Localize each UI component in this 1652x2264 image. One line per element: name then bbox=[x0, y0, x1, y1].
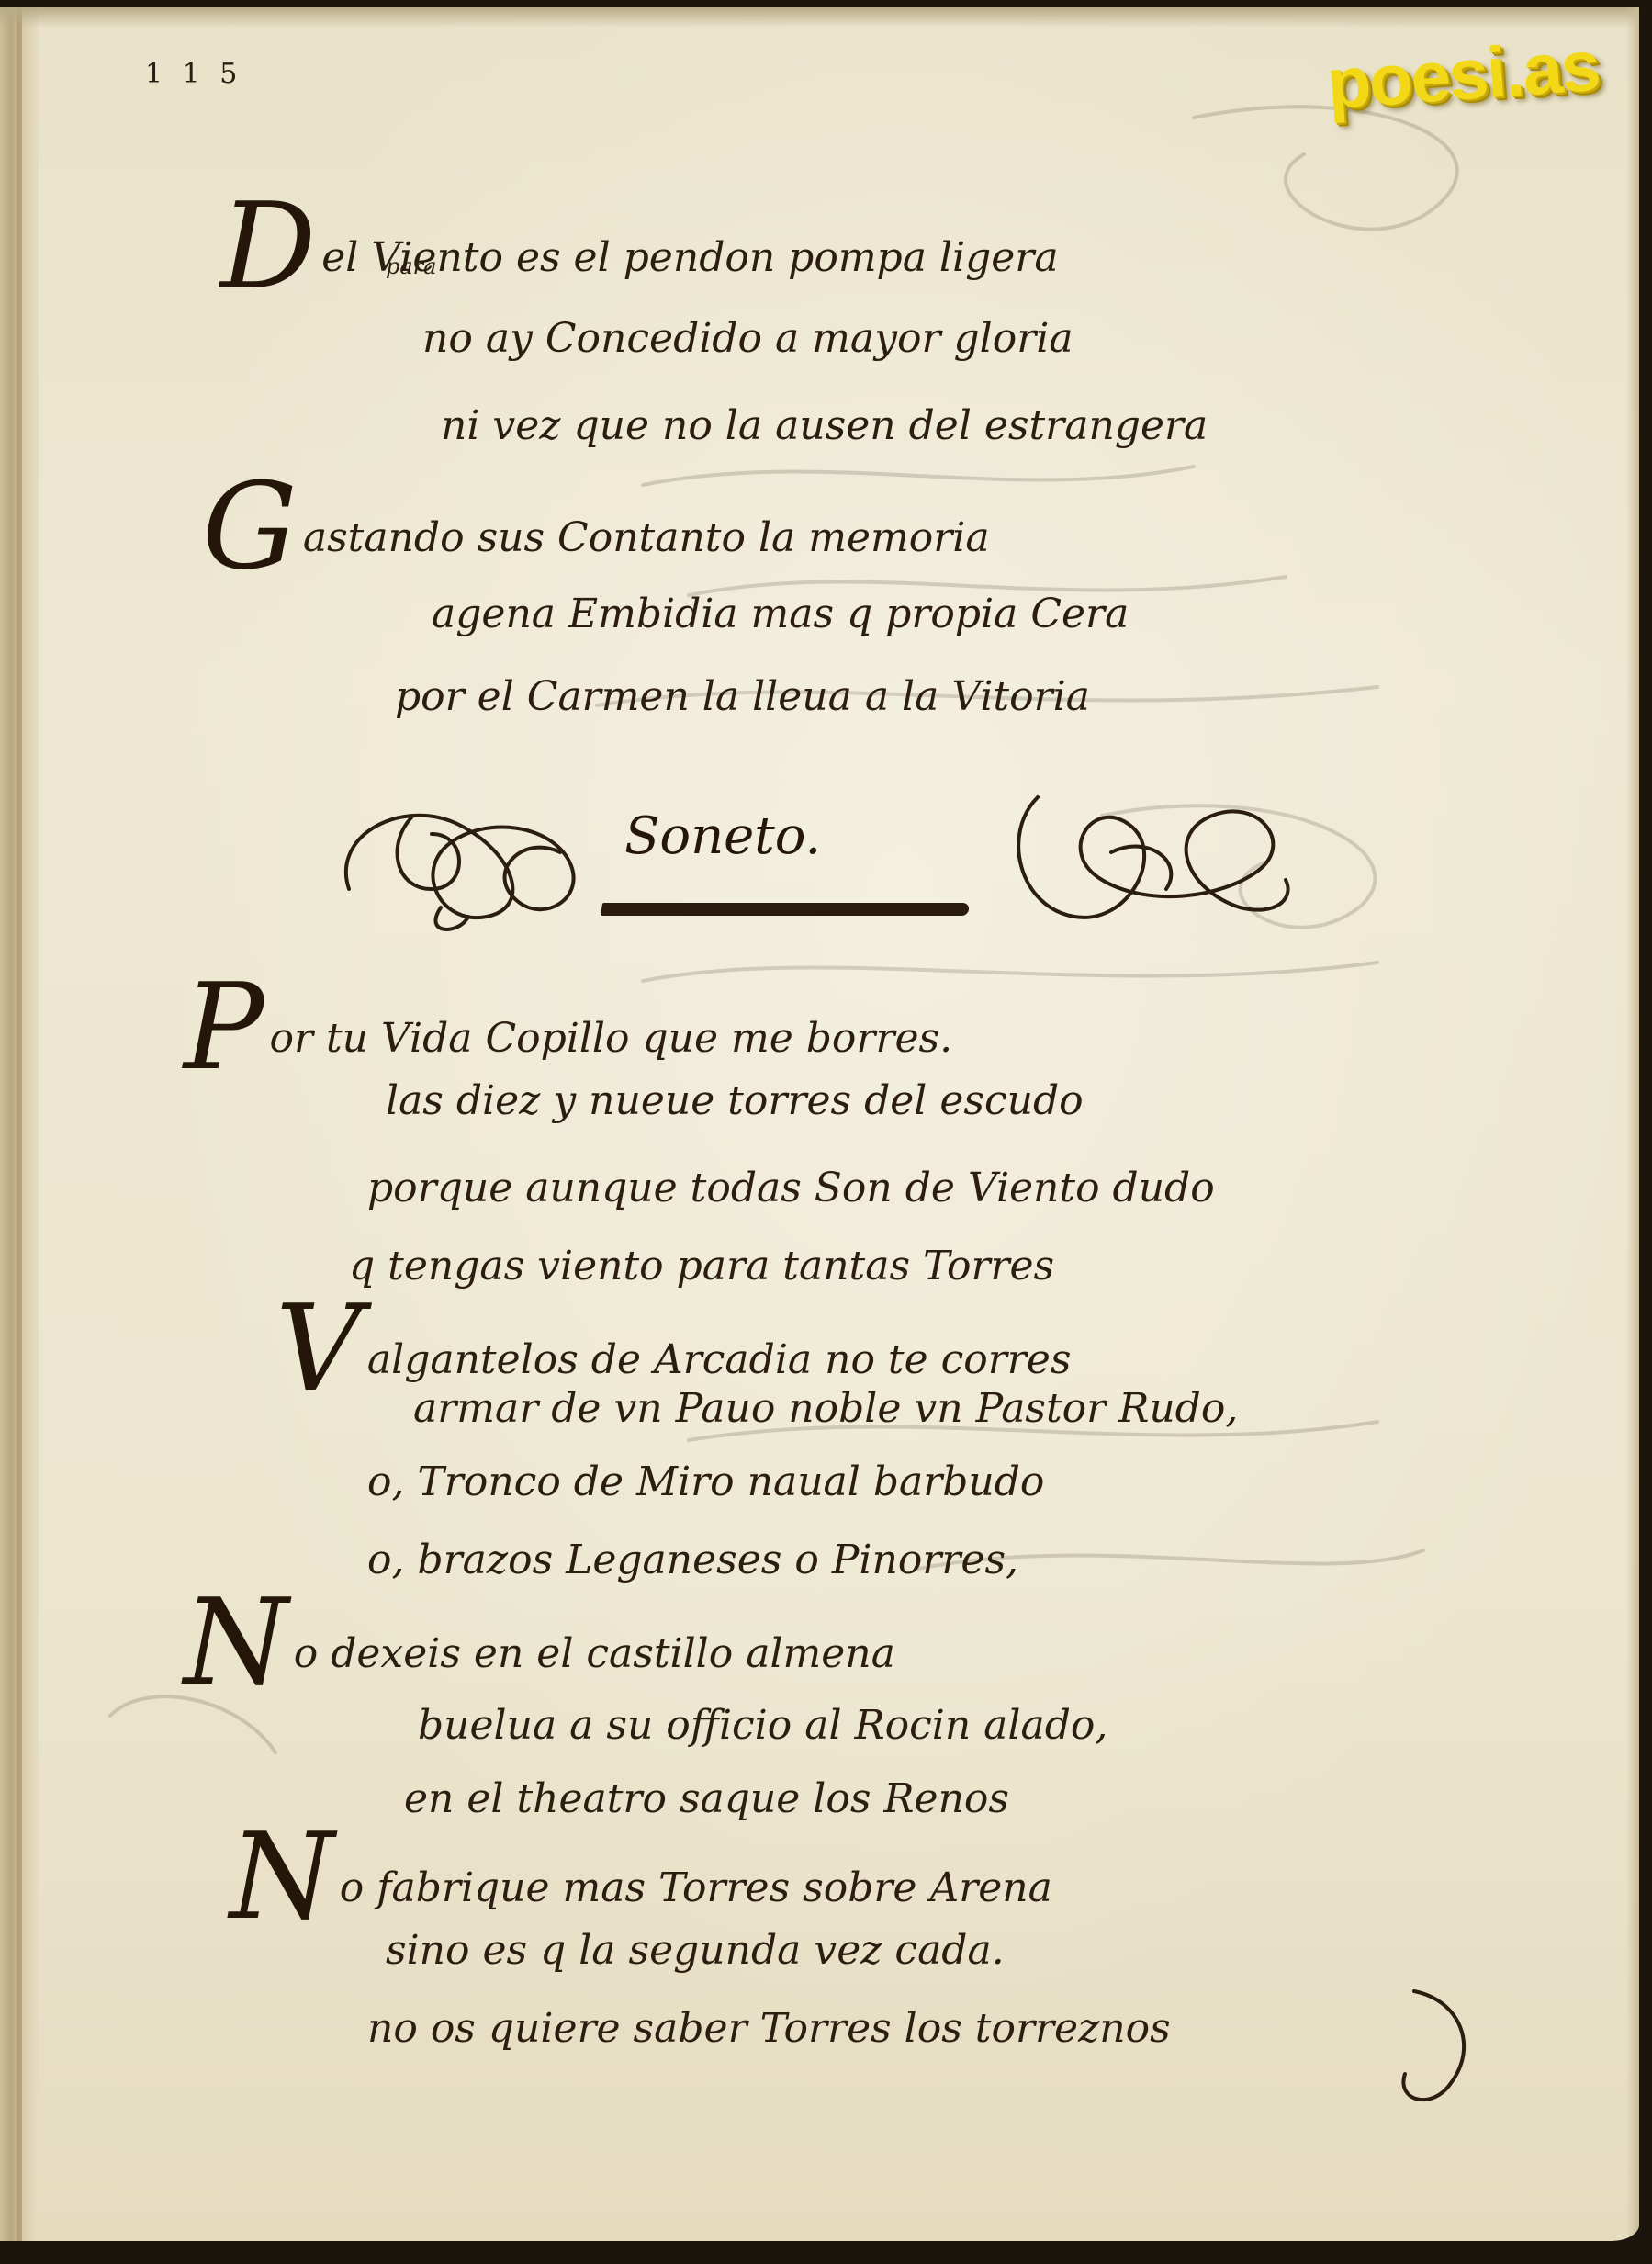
verse-text: no ay Concedido a mayor gloria bbox=[422, 315, 1073, 362]
poesias-watermark-logo[interactable]: poesi.as bbox=[1324, 24, 1601, 126]
verse-text: o fabrique mas Torres sobre Arena bbox=[340, 1864, 1052, 1911]
verse-text: astando sus Contanto la memoria bbox=[303, 514, 990, 561]
verse-text: armar de vn Pauo noble vn Pastor Rudo, bbox=[413, 1385, 1238, 1432]
verse-line: o, brazos Leganeses o Pinorres, bbox=[367, 1537, 1018, 1583]
verse-line: ni vez que no la ausen del estrangera bbox=[441, 402, 1208, 449]
verse-text: el Viento es el pendon pompa ligera bbox=[321, 234, 1058, 281]
book-binding-edge bbox=[0, 7, 39, 2241]
section-title-soneto: Soneto. bbox=[624, 806, 821, 866]
verse-text: no os quiere saber Torres los torreznos bbox=[367, 2005, 1171, 2052]
verse-text: ni vez que no la ausen del estrangera bbox=[441, 402, 1208, 449]
verse-line: las diez y nueue torres del escudo bbox=[386, 1077, 1084, 1124]
page-top-shadow bbox=[0, 7, 1639, 28]
verse-line: no os quiere saber Torres los torreznos bbox=[367, 2005, 1171, 2052]
verse-line: o, Tronco de Miro naual barbudo bbox=[367, 1459, 1044, 1505]
verse-line: Del Viento es el pendon pompa ligera bbox=[220, 186, 1059, 306]
verse-text: o, brazos Leganeses o Pinorres, bbox=[367, 1537, 1018, 1583]
drop-cap: P bbox=[184, 957, 264, 1097]
verse-text: sino es q la segunda vez cada. bbox=[386, 1927, 1005, 1974]
verse-line: en el theatro saque los Renos bbox=[404, 1775, 1009, 1822]
verse-line: por el Carmen la lleua a la Vitoria bbox=[395, 673, 1090, 720]
verse-line: No fabrique mas Torres sobre Arena bbox=[230, 1817, 1052, 1936]
verse-line: q tengas viento para tantas Torres bbox=[349, 1243, 1054, 1290]
verse-line: buelua a su officio al Rocin alado, bbox=[418, 1702, 1107, 1749]
verse-text: buelua a su officio al Rocin alado, bbox=[418, 1702, 1107, 1749]
drop-cap: V bbox=[275, 1278, 362, 1418]
page-right-edge bbox=[1626, 7, 1639, 2241]
drop-cap: G bbox=[202, 456, 298, 596]
end-flourish bbox=[1377, 1982, 1506, 2120]
verse-text: algantelos de Arcadia no te corres bbox=[367, 1336, 1072, 1383]
drop-cap: N bbox=[230, 1807, 334, 1946]
verse-line: Por tu Vida Copillo que me borres. bbox=[184, 967, 952, 1087]
drop-cap: N bbox=[184, 1572, 288, 1712]
verse-line: sino es q la segunda vez cada. bbox=[386, 1927, 1005, 1974]
verse-line: agena Embidia mas q propia Cera bbox=[432, 591, 1129, 637]
verse-text: q tengas viento para tantas Torres bbox=[349, 1243, 1054, 1290]
verse-text: en el theatro saque los Renos bbox=[404, 1775, 1009, 1822]
verse-line: armar de vn Pauo noble vn Pastor Rudo, bbox=[413, 1385, 1238, 1432]
left-flourish-ornament bbox=[331, 779, 606, 935]
verse-line: No dexeis en el castillo almena bbox=[184, 1583, 895, 1702]
right-flourish-ornament bbox=[1001, 779, 1304, 935]
verse-text: o, Tronco de Miro naual barbudo bbox=[367, 1459, 1044, 1505]
manuscript-page: 1 1 5 poesi.as para Del Viento es el pen… bbox=[0, 7, 1639, 2241]
verse-text: porque aunque todas Son de Viento dudo bbox=[367, 1165, 1215, 1211]
verse-text: las diez y nueue torres del escudo bbox=[386, 1077, 1084, 1124]
drop-cap: D bbox=[220, 176, 316, 316]
title-underline-rule bbox=[601, 903, 970, 916]
folio-number: 1 1 5 bbox=[145, 58, 242, 90]
verse-text: por el Carmen la lleua a la Vitoria bbox=[395, 673, 1090, 720]
verse-text: or tu Vida Copillo que me borres. bbox=[269, 1015, 952, 1062]
verse-text: o dexeis en el castillo almena bbox=[294, 1630, 895, 1677]
verse-line: no ay Concedido a mayor gloria bbox=[422, 315, 1073, 362]
binding-crease bbox=[17, 7, 22, 2241]
verse-line: porque aunque todas Son de Viento dudo bbox=[367, 1165, 1215, 1211]
verse-text: agena Embidia mas q propia Cera bbox=[432, 591, 1129, 637]
verse-line: Gastando sus Contanto la memoria bbox=[202, 467, 990, 586]
